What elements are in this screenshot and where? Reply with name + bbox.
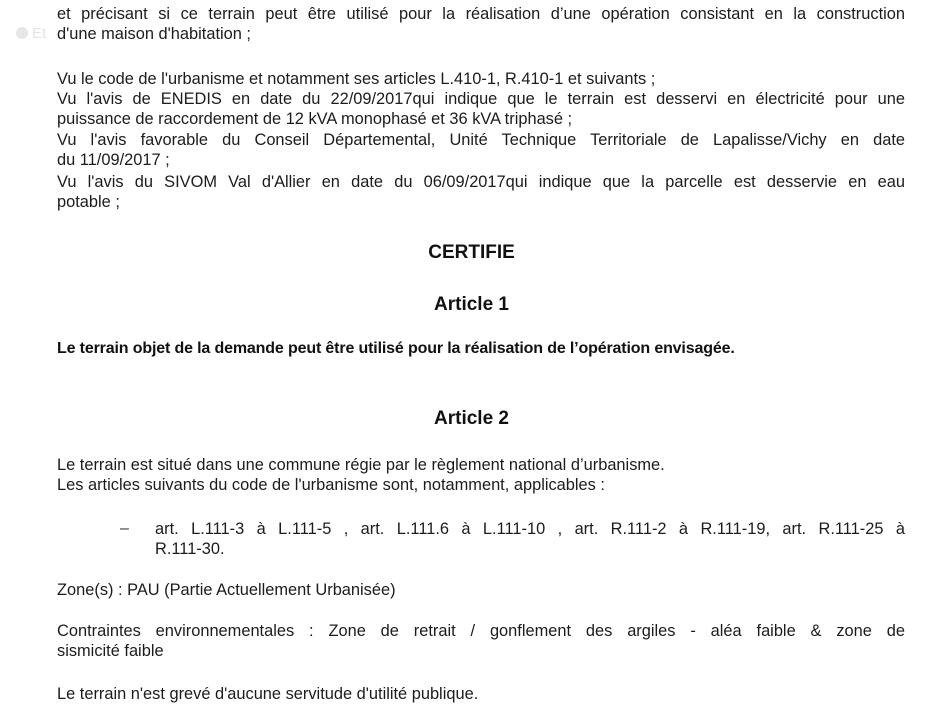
visa-code-urbanisme: Vu le code de l'urbanisme et notamment s… (57, 69, 655, 89)
article-1-title: Article 1 (0, 294, 943, 316)
bullet-dash-icon: – (120, 520, 129, 538)
visa-conseil-line-1: Vu l'avis favorable du Conseil Départeme… (57, 130, 905, 150)
visa-sivom-line-1: Vu l'avis du SIVOM Val d'Allier en date … (57, 172, 905, 192)
visa-enedis-line-2: puissance de raccordement de 12 kVA mono… (57, 109, 572, 129)
article-1-text: Le terrain objet de la demande peut être… (57, 340, 735, 358)
contraintes-line-1: Contraintes environnementales : Zone de … (57, 621, 905, 641)
watermark-text: Et (32, 25, 46, 42)
visa-enedis-line-1: Vu l'avis de ENEDIS en date du 22/09/201… (57, 89, 905, 109)
servitude-text: Le terrain n'est grevé d'aucune servitud… (57, 684, 478, 704)
article-2-para-2: Les articles suivants du code de l'urban… (57, 475, 605, 495)
document-page: Et et précisant si ce terrain peut être … (0, 0, 943, 726)
article-list-line-2: R.111-30. (155, 539, 225, 559)
intro-line-2: d'une maison d'habitation ; (57, 24, 251, 44)
contraintes-line-2: sismicité faible (57, 641, 164, 661)
article-2-title: Article 2 (0, 408, 943, 430)
zone-text: Zone(s) : PAU (Partie Actuellement Urban… (57, 580, 396, 600)
visa-conseil-line-2: du 11/09/2017 ; (57, 150, 170, 170)
watermark: Et (16, 25, 46, 42)
article-2-para-1: Le terrain est situé dans une commune ré… (57, 455, 665, 475)
article-list-line-1: art. L.111-3 à L.111-5 , art. L.111.6 à … (155, 519, 905, 539)
certifie-heading: CERTIFIE (0, 242, 943, 264)
visa-sivom-line-2: potable ; (57, 192, 120, 212)
intro-line-1: et précisant si ce terrain peut être uti… (57, 4, 905, 24)
copyright-icon (16, 27, 28, 39)
